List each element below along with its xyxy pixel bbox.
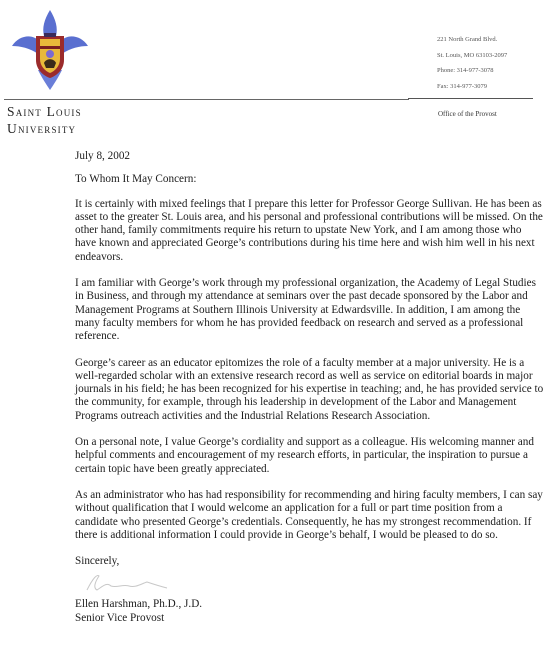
signature-scribble-icon: [83, 570, 173, 596]
fleur-de-lis-crest-icon: [8, 8, 92, 92]
paragraph-2: I am familiar with George’s work through…: [75, 277, 545, 343]
university-name-line1: Saint Louis: [7, 103, 82, 120]
city-state-zip: St. Louis, MO 63103-2097: [437, 48, 507, 64]
paragraph-5: As an administrator who has had responsi…: [75, 489, 545, 542]
letter-body: July 8, 2002 To Whom It May Concern: It …: [75, 150, 545, 625]
signature: [75, 568, 545, 598]
university-name-line2: University: [7, 120, 82, 137]
paragraph-1: It is certainly with mixed feelings that…: [75, 198, 545, 264]
address-block: 221 North Grand Blvd. St. Louis, MO 6310…: [437, 32, 507, 94]
fax-number: Fax: 314-977-3079: [437, 79, 507, 95]
letter-date: July 8, 2002: [75, 150, 545, 163]
university-name: Saint Louis University: [7, 103, 82, 137]
signer-name: Ellen Harshman, Ph.D., J.D.: [75, 598, 545, 611]
phone-number: Phone: 314-977-3078: [437, 63, 507, 79]
closing: Sincerely,: [75, 555, 545, 568]
street-address: 221 North Grand Blvd.: [437, 32, 507, 48]
office-name: Office of the Provost: [438, 110, 497, 118]
salutation: To Whom It May Concern:: [75, 173, 545, 186]
paragraph-3: George’s career as an educator epitomize…: [75, 357, 545, 423]
signer-title: Senior Vice Provost: [75, 612, 545, 625]
address-divider: [408, 98, 533, 99]
university-crest-logo: [8, 8, 92, 92]
letterhead-divider: [4, 99, 409, 100]
paragraph-4: On a personal note, I value George’s cor…: [75, 436, 545, 476]
